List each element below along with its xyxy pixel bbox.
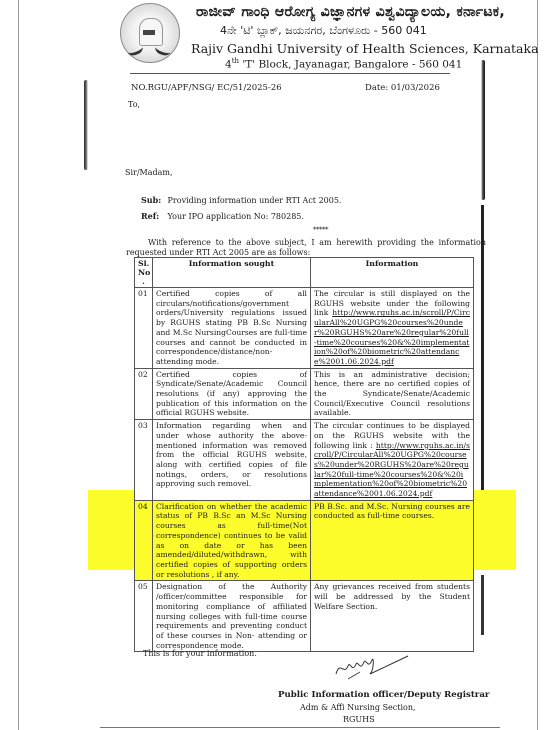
- intro-paragraph: With reference to the above subject, I a…: [126, 238, 486, 258]
- university-seal-icon: [120, 3, 180, 63]
- information-sought-cell: Certified copies of all circulars/notifi…: [153, 288, 311, 369]
- information-cell: The circular is still displayed on the R…: [311, 288, 474, 369]
- salutation: Sir/Madam,: [125, 168, 173, 177]
- addressee-label: To,: [128, 100, 140, 109]
- university-title: Rajiv Gandhi University of Health Scienc…: [191, 41, 539, 56]
- subject-line: Sub: Providing information under RTI Act…: [141, 195, 341, 205]
- organization-name: RGUHS: [343, 715, 375, 724]
- university-address: 4th 'T' Block, Jayanagar, Bangalore - 56…: [225, 57, 462, 71]
- information-text: This is an administrative decision; henc…: [314, 370, 470, 418]
- row-number: 01: [135, 288, 153, 369]
- information-text: Any grievances received from students wi…: [314, 582, 470, 610]
- row-number: 02: [135, 368, 153, 420]
- signature-mark: [330, 652, 410, 682]
- rti-response-table: Sl. No . Information sought Information …: [134, 257, 474, 652]
- ref-label: Ref:: [141, 211, 165, 221]
- header-information-sought: Information sought: [153, 258, 311, 288]
- footer-divider: [100, 727, 500, 728]
- officer-section: Adm & Affi Nursing Section,: [300, 703, 416, 712]
- table-row: 05Designation of the Authority /officer/…: [135, 581, 474, 652]
- table-header-row: Sl. No . Information sought Information: [135, 258, 474, 288]
- closing-line: This is for your information.: [143, 649, 257, 658]
- table-row: 03Information regarding when and under w…: [135, 420, 474, 501]
- highlight-mark: [474, 490, 516, 570]
- highlight-mark: [88, 490, 135, 570]
- separator: *****: [313, 226, 328, 234]
- officer-designation: Public Information officer/Deputy Regist…: [278, 690, 489, 700]
- page-edge-shadow: [84, 80, 88, 170]
- information-cell: Any grievances received from students wi…: [311, 581, 474, 652]
- scan-border-right: [537, 0, 538, 730]
- row-number: 05: [135, 581, 153, 652]
- page-edge-shadow: [481, 575, 484, 635]
- reference-number: NO.RGU/APF/NSG/ EC/51/2025-26: [131, 83, 282, 93]
- circular-link[interactable]: http://www.rguhs.ac.in/scroll/P/Circular…: [314, 308, 470, 366]
- letter-date: Date: 01/03/2026: [365, 83, 440, 93]
- row-number: 04: [135, 500, 153, 581]
- table-row: 02Certified copies of Syndicate/Senate/A…: [135, 368, 474, 420]
- information-cell: This is an administrative decision; henc…: [311, 368, 474, 420]
- row-number: 03: [135, 420, 153, 501]
- header-information: Information: [311, 258, 474, 288]
- information-cell: The circular continues to be displayed o…: [311, 420, 474, 501]
- table-row: 04Clarification on whether the academic …: [135, 500, 474, 581]
- header-sl-no: Sl. No .: [135, 258, 153, 288]
- subject-label: Sub:: [141, 195, 165, 205]
- information-sought-cell: Certified copies of Syndicate/Senate/Aca…: [153, 368, 311, 420]
- header-divider: [130, 73, 450, 74]
- reference-line: Ref: Your IPO application No: 780285.: [141, 211, 304, 221]
- information-text: PB B.Sc. and M.Sc. Nursing courses are c…: [314, 502, 470, 521]
- page-edge-shadow: [481, 60, 485, 200]
- information-cell: PB B.Sc. and M.Sc. Nursing courses are c…: [311, 500, 474, 581]
- information-sought-cell: Information regarding when and under who…: [153, 420, 311, 501]
- information-sought-cell: Clarification on whether the academic st…: [153, 500, 311, 581]
- kannada-university-title: ರಾಜೀವ್ ಗಾಂಧಿ ಆರೋಗ್ಯ ವಿಜ್ಞಾನಗಳ ವಿಶ್ವವಿದ್ಯ…: [196, 4, 505, 20]
- kannada-address: 4ನೇ 'ಟಿ' ಬ್ಲಾಕ್, ಜಯನಗರ, ಬೆಂಗಳೂರು - 560 0…: [220, 24, 427, 38]
- table-row: 01Certified copies of all circulars/noti…: [135, 288, 474, 369]
- information-sought-cell: Designation of the Authority /officer/co…: [153, 581, 311, 652]
- scan-border-left: [18, 0, 19, 730]
